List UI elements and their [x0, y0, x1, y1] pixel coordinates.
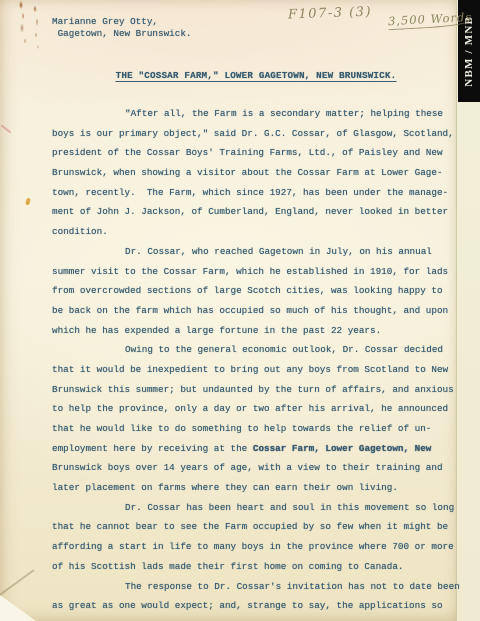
text-line: affording a start in life to many boys i…: [52, 537, 458, 557]
text-line: later placement on farms where they can …: [52, 478, 458, 498]
archive-label: NBM / MNB: [463, 16, 475, 87]
emphasized-text: Cossar Farm, Lower Gagetown, New: [253, 443, 432, 454]
text-line: that he would like to do something to he…: [52, 419, 458, 439]
text-line: Brunswick this summer; but undaunted by …: [52, 380, 458, 400]
text-line: The response to Dr. Cossar's invitation …: [52, 577, 458, 597]
text-line: president of the Cossar Boys' Training F…: [52, 143, 458, 163]
text-line: town, recently. The Farm, which since 19…: [52, 183, 458, 203]
author-name-line: Marianne Grey Otty,: [52, 16, 191, 28]
text-line: employment here by receiving at the Coss…: [52, 439, 458, 459]
text-line: summer visit to the Cossar Farm, which h…: [52, 262, 458, 282]
text-line: be back on the farm which has occupied s…: [52, 301, 458, 321]
text-line: as great as one would expect; and, stran…: [52, 596, 458, 616]
text-segment: employment here by receiving at the: [52, 443, 253, 454]
text-line: boys is our primary object," said Dr. G.…: [52, 124, 458, 144]
text-line: that it would be inexpedient to bring ou…: [52, 360, 458, 380]
paragraph: "After all, the Farm is a secondary matt…: [52, 104, 458, 242]
text-line: Dr. Cossar has been heart and soul in th…: [52, 498, 458, 518]
text-line: from overcrowded sections of large Scotc…: [52, 281, 458, 301]
author-block: Marianne Grey Otty, Gagetown, New Brunsw…: [52, 16, 191, 40]
paragraph: Dr. Cossar, who reached Gagetown in July…: [52, 242, 458, 340]
corner-fold: [0, 595, 36, 621]
text-line: ment of John J. Jackson, of Cumberland, …: [52, 202, 458, 222]
text-line: that he cannot bear to see the Farm occu…: [52, 517, 458, 537]
text-line: Dr. Cossar, who reached Gagetown in July…: [52, 242, 458, 262]
page-title: THE "COSSAR FARM," LOWER GAGETOWN, NEW B…: [56, 70, 456, 81]
annotation-file-reference: F107-3 (3): [288, 5, 373, 23]
text-line: which he has expended a large fortune in…: [52, 321, 458, 341]
text-line: Owing to the general economic outlook, D…: [52, 340, 458, 360]
text-line: Brunswick, when showing a visitor about …: [52, 163, 458, 183]
text-line: of his Scottish lads made their first ho…: [52, 557, 458, 577]
author-place-line: Gagetown, New Brunswick.: [52, 28, 191, 40]
paragraph: Owing to the general economic outlook, D…: [52, 340, 458, 498]
text-line: to help the province, only a day or two …: [52, 399, 458, 419]
text-line: "After all, the Farm is a secondary matt…: [52, 104, 458, 124]
document-body: "After all, the Farm is a secondary matt…: [52, 104, 458, 616]
text-line: condition.: [52, 222, 458, 242]
text-line: Brunswick boys over 14 years of age, wit…: [52, 458, 458, 478]
rust-stain: [13, 0, 41, 52]
paragraph: Dr. Cossar has been heart and soul in th…: [52, 498, 458, 577]
page-scan: { "document": { "author_block": [ "Maria…: [0, 0, 480, 621]
paragraph: The response to Dr. Cossar's invitation …: [52, 577, 458, 616]
